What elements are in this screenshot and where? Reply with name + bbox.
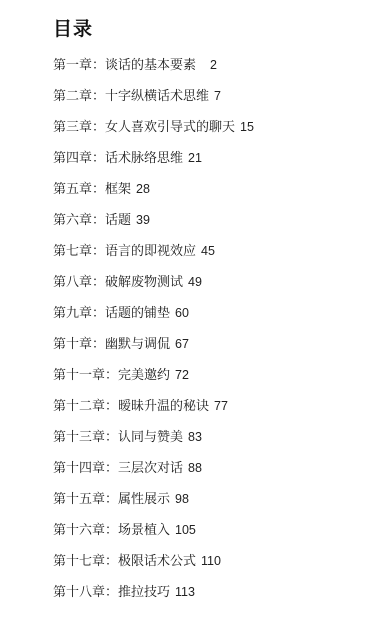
toc-item[interactable]: 第一章：谈话的基本要素2	[53, 56, 254, 87]
toc-page-number: 67	[175, 337, 189, 351]
toc-list: 第一章：谈话的基本要素2 第二章：十字纵横话术思维7 第三章：女人喜欢引导式的聊…	[53, 56, 254, 614]
toc-item[interactable]: 第十四章：三层次对话88	[53, 459, 254, 490]
toc-page-number: 105	[175, 523, 196, 537]
toc-item[interactable]: 第六章：话题39	[53, 211, 254, 242]
toc-chapter-title: 第八章：破解废物测试	[53, 275, 183, 290]
toc-page-number: 49	[188, 275, 202, 289]
toc-item[interactable]: 第十六章：场景植入105	[53, 521, 254, 552]
toc-chapter-title: 第六章：话题	[53, 213, 131, 228]
toc-item[interactable]: 第十三章：认同与赞美83	[53, 428, 254, 459]
toc-chapter-title: 第十八章：推拉技巧	[53, 585, 170, 600]
toc-item[interactable]: 第四章：话术脉络思维21	[53, 149, 254, 180]
toc-item[interactable]: 第二章：十字纵横话术思维7	[53, 87, 254, 118]
toc-chapter-title: 第三章：女人喜欢引导式的聊天	[53, 120, 235, 135]
toc-item[interactable]: 第十二章：暧昧升温的秘诀77	[53, 397, 254, 428]
toc-item[interactable]: 第十八章：推拉技巧113	[53, 583, 254, 614]
toc-chapter-title: 第十二章：暧昧升温的秘诀	[53, 399, 209, 414]
toc-page-number: 72	[175, 368, 189, 382]
toc-page-number: 88	[188, 461, 202, 475]
toc-item[interactable]: 第五章：框架28	[53, 180, 254, 211]
toc-chapter-title: 第十四章：三层次对话	[53, 461, 183, 476]
toc-chapter-title: 第一章：谈话的基本要素	[53, 58, 196, 73]
toc-chapter-title: 第十一章：完美邀约	[53, 368, 170, 383]
toc-chapter-title: 第十六章：场景植入	[53, 523, 170, 538]
toc-item[interactable]: 第十一章：完美邀约72	[53, 366, 254, 397]
toc-item[interactable]: 第九章：话题的铺垫60	[53, 304, 254, 335]
toc-chapter-title: 第五章：框架	[53, 182, 131, 197]
toc-page-number: 113	[175, 585, 195, 599]
toc-item[interactable]: 第三章：女人喜欢引导式的聊天15	[53, 118, 254, 149]
toc-chapter-title: 第十章：幽默与调侃	[53, 337, 170, 352]
toc-chapter-title: 第七章：语言的即视效应	[53, 244, 196, 259]
toc-page-number: 2	[210, 58, 217, 72]
toc-chapter-title: 第四章：话术脉络思维	[53, 151, 183, 166]
toc-page-number: 15	[240, 120, 254, 134]
toc-chapter-title: 第二章：十字纵横话术思维	[53, 89, 209, 104]
toc-chapter-title: 第九章：话题的铺垫	[53, 306, 170, 321]
toc-page-number: 83	[188, 430, 202, 444]
toc-page-number: 110	[201, 554, 221, 568]
toc-page-number: 98	[175, 492, 189, 506]
toc-page-number: 21	[188, 151, 202, 165]
toc-item[interactable]: 第十五章：属性展示98	[53, 490, 254, 521]
toc-chapter-title: 第十三章：认同与赞美	[53, 430, 183, 445]
toc-item[interactable]: 第十七章：极限话术公式110	[53, 552, 254, 583]
toc-chapter-title: 第十五章：属性展示	[53, 492, 170, 507]
toc-page-number: 60	[175, 306, 189, 320]
toc-chapter-title: 第十七章：极限话术公式	[53, 554, 196, 569]
toc-page-number: 77	[214, 399, 228, 413]
toc-item[interactable]: 第十章：幽默与调侃67	[53, 335, 254, 366]
toc-title: 目录	[53, 17, 93, 41]
toc-page-number: 28	[136, 182, 150, 196]
toc-item[interactable]: 第七章：语言的即视效应45	[53, 242, 254, 273]
toc-item[interactable]: 第八章：破解废物测试49	[53, 273, 254, 304]
toc-page-number: 45	[201, 244, 215, 258]
toc-page-number: 39	[136, 213, 150, 227]
toc-page-number: 7	[214, 89, 221, 103]
